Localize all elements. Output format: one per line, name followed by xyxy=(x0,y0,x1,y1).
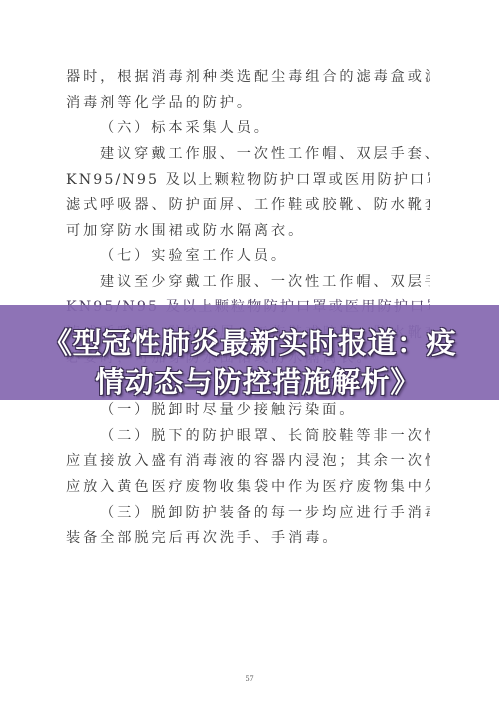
page-number: 57 xyxy=(0,674,499,683)
text-line: 装备全部脱完后再次洗手、手消毒。 xyxy=(66,528,430,548)
banner-title-line2: 情动态与防控措施解析》 xyxy=(8,360,499,400)
text-line: 应放入黄色医疗废物收集袋中作为医疗废物集中处置。 xyxy=(66,477,430,497)
document-page: 器时，根据消毒剂种类选配尘毒组合的滤毒盒或滤毒罐，做好 消毒剂等化学品的防护。 … xyxy=(0,0,499,706)
title-banner: 《型冠性肺炎最新实时报道：疫 情动态与防控措施解析》 xyxy=(0,305,499,400)
section-heading: （三）脱卸防护装备的每一步均应进行手消毒，所有防护 xyxy=(100,503,430,523)
banner-title-line1: 《型冠性肺炎最新实时报道：疫 xyxy=(0,321,499,362)
section-heading: （二）脱下的防护眼罩、长筒胶鞋等非一次性使用的物品 xyxy=(100,426,430,446)
section-heading: （一）脱卸时尽量少接触污染面。 xyxy=(100,400,430,420)
text-line: 应直接放入盛有消毒液的容器内浸泡；其余一次性使用的物品 xyxy=(66,451,430,471)
